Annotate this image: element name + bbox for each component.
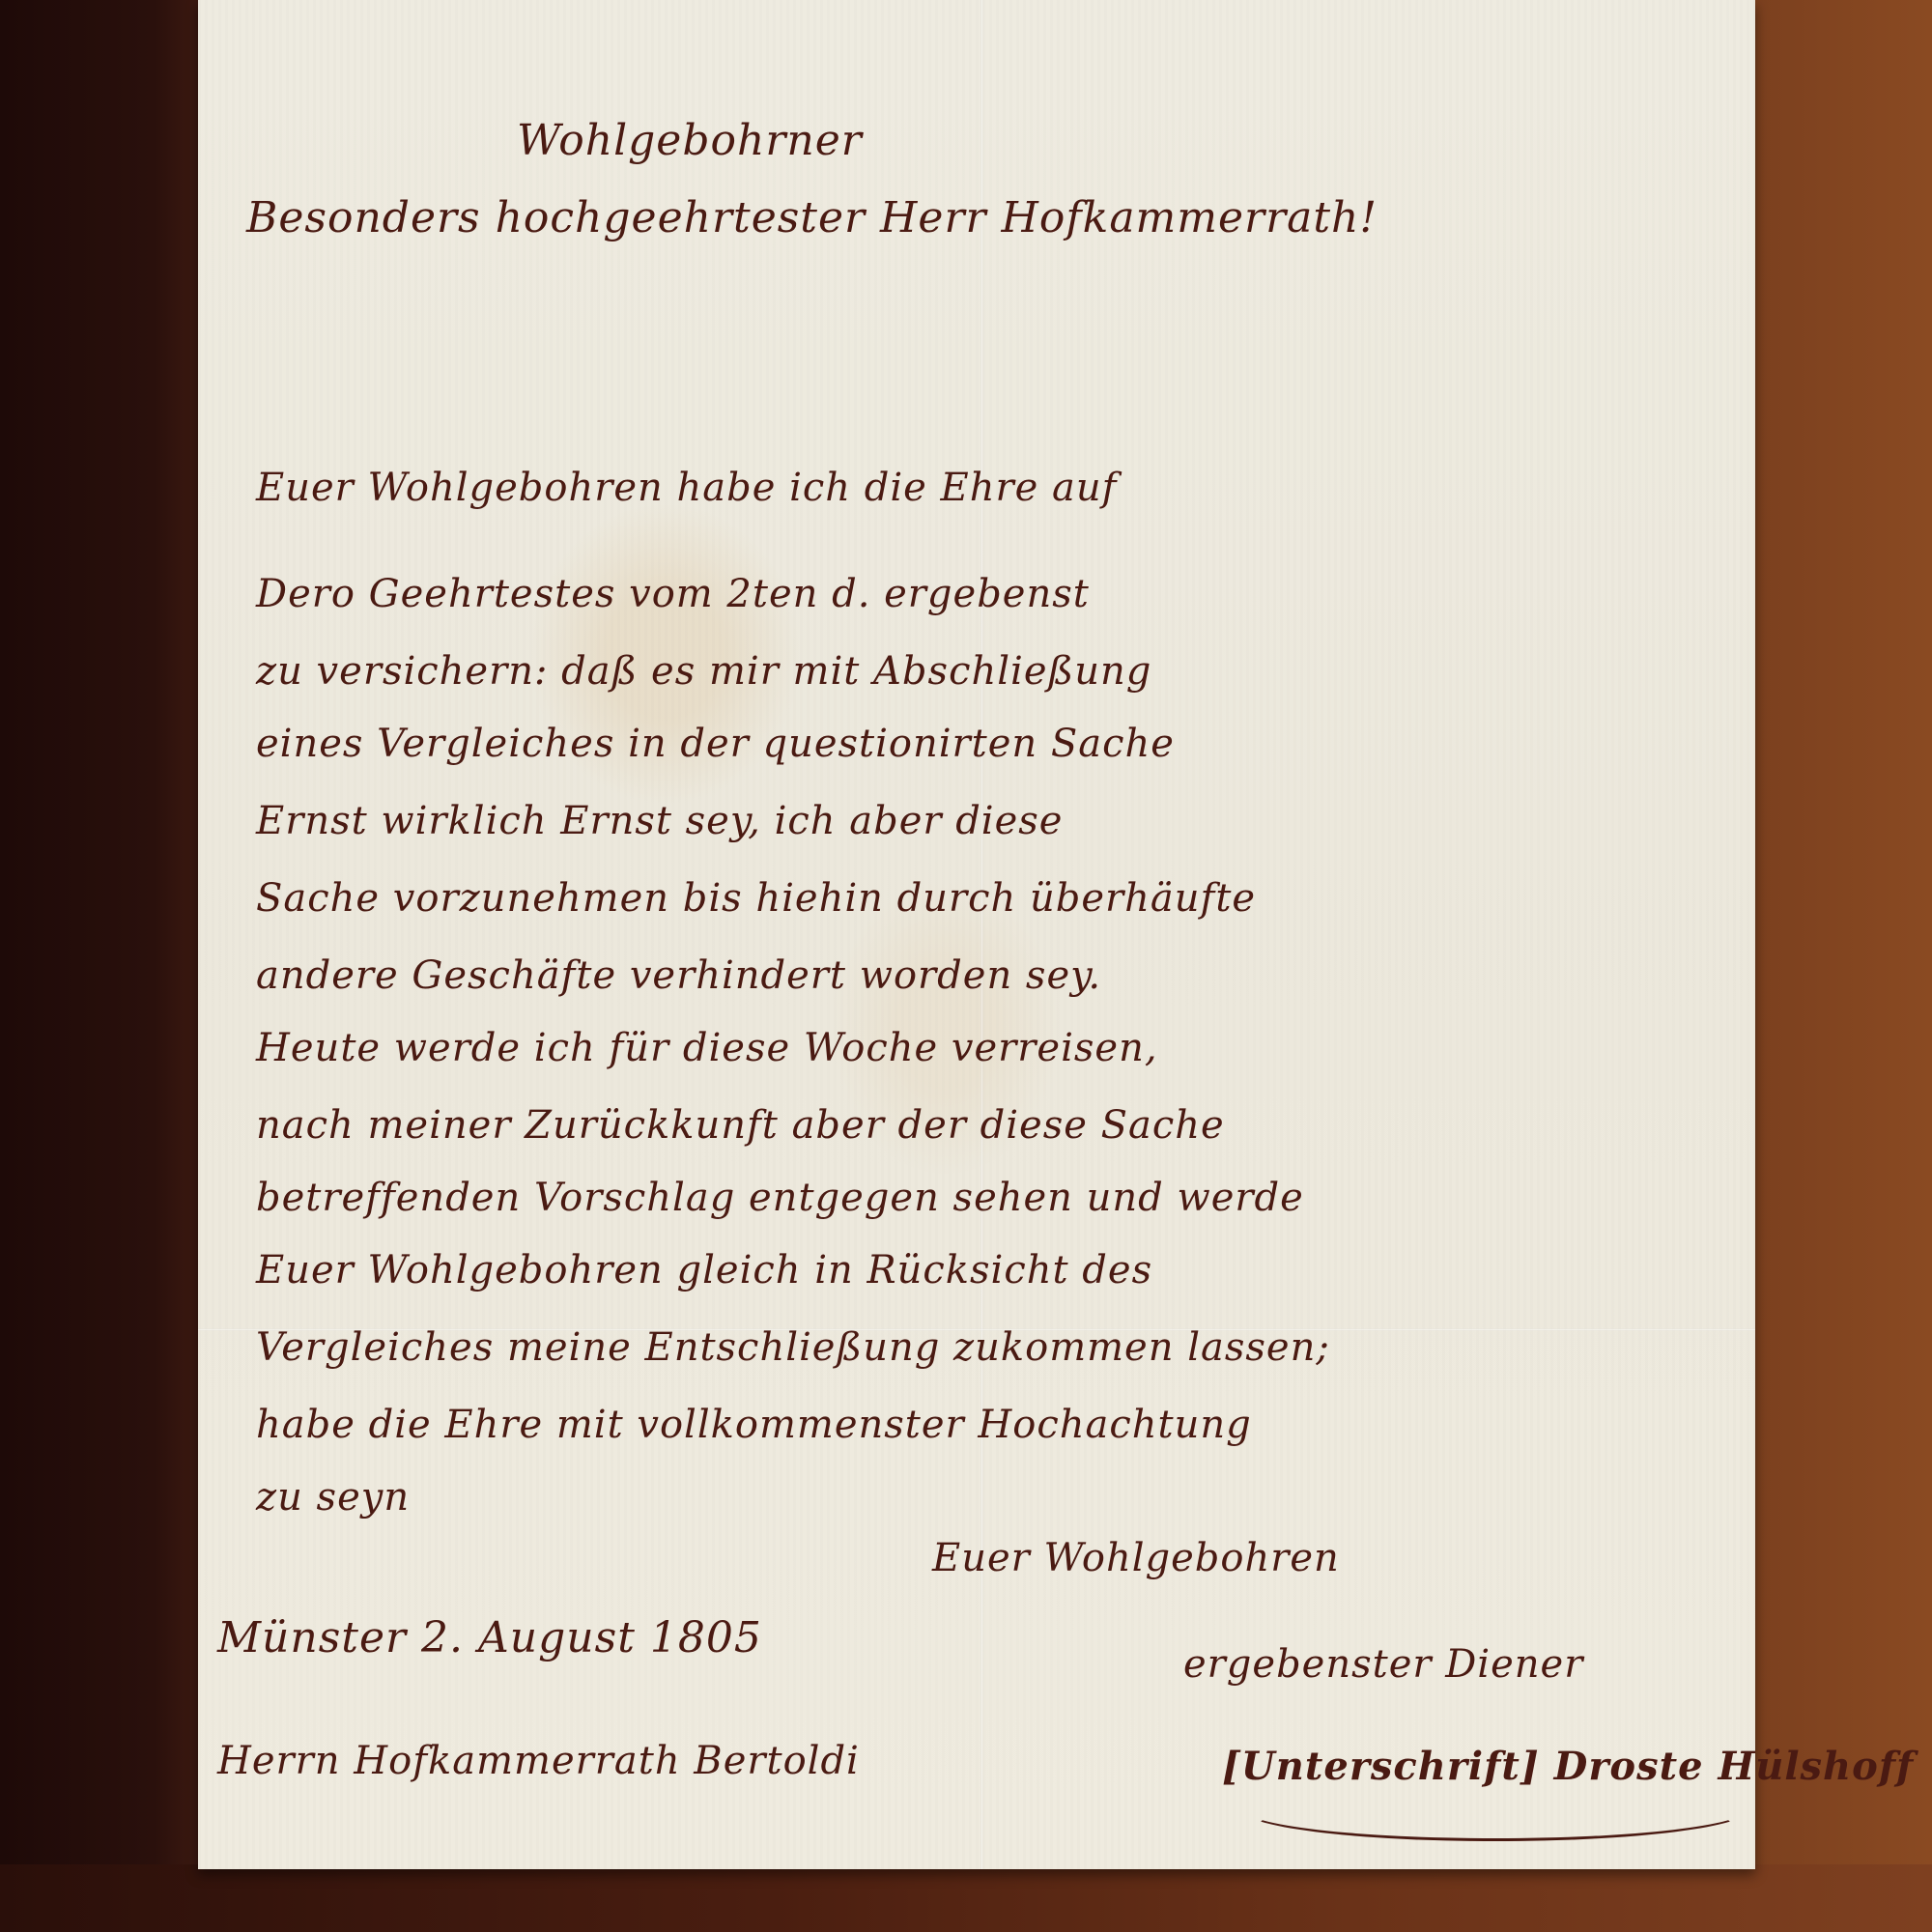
closing-servant: ergebenster Diener	[1183, 1642, 1583, 1687]
body-line: Euer Wohlgebohren habe ich die Ehre auf	[256, 454, 1724, 560]
wooden-table-surface	[0, 1864, 1932, 1932]
place-and-date: Münster 2. August 1805	[217, 1613, 762, 1662]
body-line: zu seyn	[256, 1463, 1724, 1536]
body-line: Euer Wohlgebohren gleich in Rücksicht de…	[256, 1236, 1724, 1314]
letter-paper: Wohlgebohrner Besonders hochgeehrtester …	[198, 0, 1755, 1869]
body-line: nach meiner Zurückkunft aber der diese S…	[256, 1092, 1724, 1164]
body-line: Vergleiches meine Entschließung zukommen…	[256, 1314, 1724, 1391]
salutation-title: Wohlgebohrner	[517, 116, 863, 165]
body-line: eines Vergleiches in der questionirten S…	[256, 710, 1724, 787]
body-line: Dero Geehrtestes vom 2ten d. ergebenst	[256, 560, 1724, 638]
salutation-address: Besonders hochgeehrtester Herr Hofkammer…	[246, 193, 1378, 242]
letter-body: Euer Wohlgebohren habe ich die Ehre auf …	[256, 454, 1724, 1536]
body-line: andere Geschäfte verhindert worden sey.	[256, 942, 1724, 1014]
signature-flourish	[1241, 1777, 1749, 1841]
body-line: zu versichern: daß es mir mit Abschließu…	[256, 638, 1724, 710]
body-line: habe die Ehre mit vollkommenster Hochach…	[256, 1391, 1724, 1463]
closing-salutation: Euer Wohlgebohren	[932, 1536, 1340, 1580]
body-line: betreffenden Vorschlag entgegen sehen un…	[256, 1164, 1724, 1236]
body-line: Sache vorzunehmen bis hiehin durch überh…	[256, 865, 1724, 942]
body-line: Heute werde ich für diese Woche verreise…	[256, 1014, 1724, 1092]
body-line: Ernst wirklich Ernst sey, ich aber diese	[256, 787, 1724, 865]
addressee: Herrn Hofkammerrath Bertoldi	[217, 1739, 860, 1783]
